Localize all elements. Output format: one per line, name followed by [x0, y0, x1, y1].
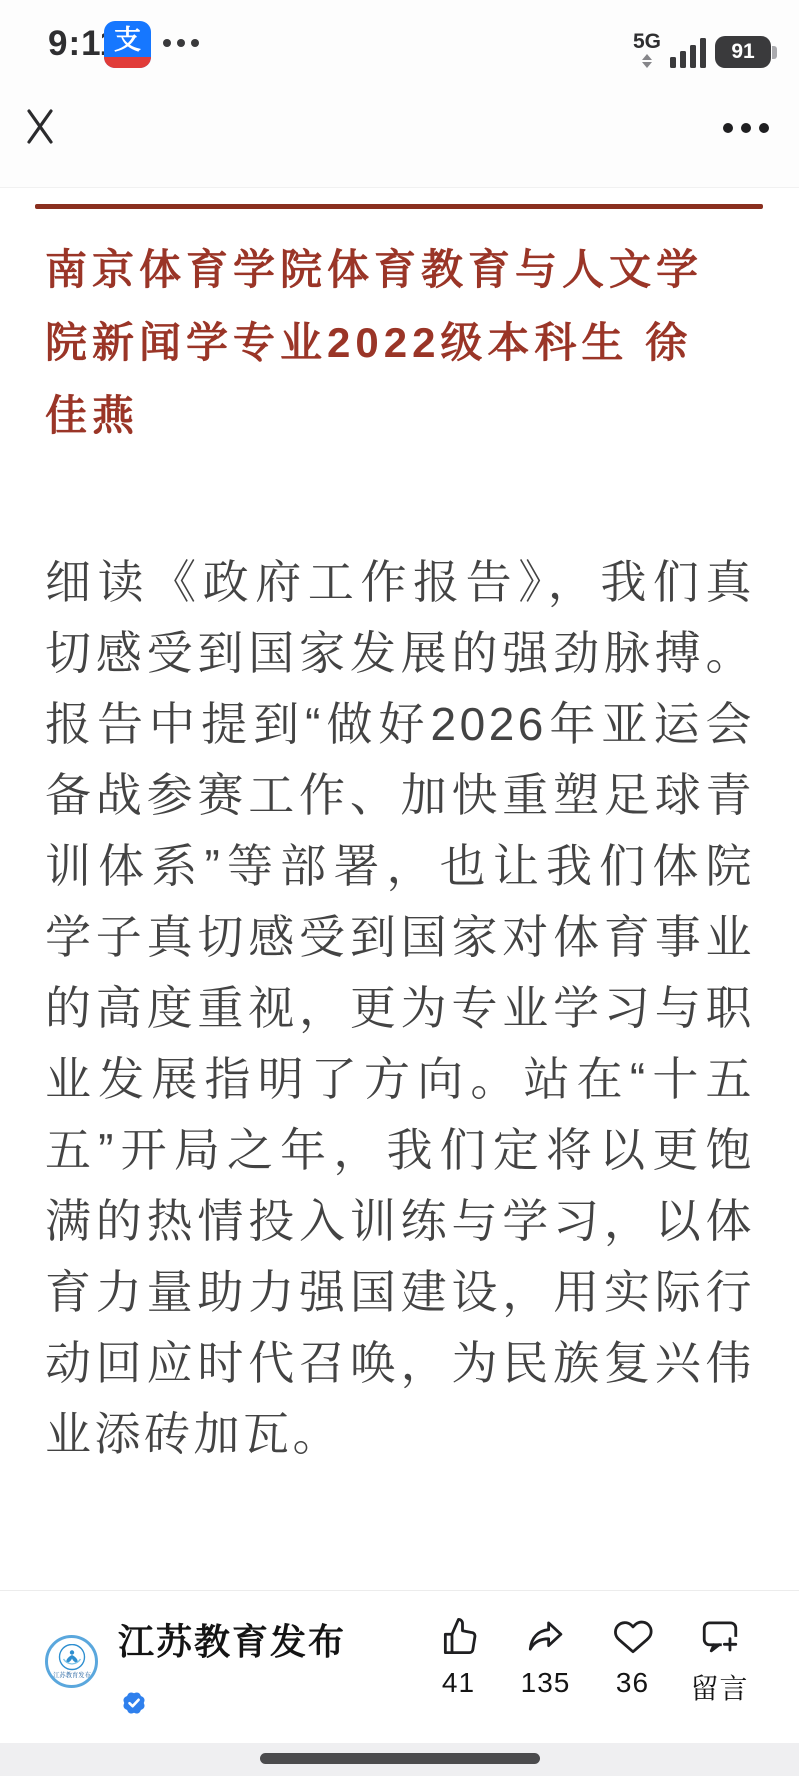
article-body: 细读《政府工作报告》，我们真切感受到国家发展的强劲脉搏。报告中提到“做好2026… — [45, 547, 755, 1470]
article-content: 南京体育学院体育教育与人文学院新闻学专业2022级本科生 徐佳燕 细读《政府工作… — [0, 188, 799, 1470]
status-right-cluster: 5G 91 — [633, 20, 771, 68]
like-count: 41 — [442, 1667, 475, 1699]
like-button[interactable]: 41 — [415, 1615, 502, 1707]
action-bar: 41 135 36 留言 — [415, 1615, 763, 1707]
thumbs-up-icon — [438, 1615, 480, 1657]
verified-badge-icon — [120, 1689, 148, 1717]
wechat-article-screen: 9:11 支 5G 91 — [0, 0, 799, 1776]
account-logo-icon — [57, 1644, 87, 1672]
battery-nub — [772, 46, 777, 59]
alipay-red-strip — [104, 57, 151, 68]
network-type-label: 5G — [633, 32, 661, 52]
alipay-glyph: 支 — [104, 21, 151, 55]
status-ellipsis-icon — [163, 39, 199, 47]
home-indicator[interactable] — [260, 1753, 540, 1764]
nav-bar — [0, 86, 799, 188]
network-indicator: 5G — [633, 20, 661, 68]
close-button[interactable] — [18, 102, 64, 148]
more-button[interactable] — [713, 118, 769, 138]
account-avatar[interactable]: 江苏教育发布 — [45, 1635, 98, 1688]
share-button[interactable]: 135 — [502, 1615, 589, 1707]
share-icon — [525, 1615, 567, 1657]
favorite-button[interactable]: 36 — [589, 1615, 676, 1707]
more-dots-icon — [723, 123, 733, 133]
comment-button[interactable]: 留言 — [676, 1615, 763, 1707]
signal-bars-icon — [670, 37, 706, 68]
article-title: 南京体育学院体育教育与人文学院新闻学专业2022级本科生 徐佳燕 — [45, 233, 711, 452]
avatar-caption: 江苏教育发布 — [53, 1672, 91, 1679]
favorite-count: 36 — [616, 1667, 649, 1699]
heart-icon — [612, 1615, 654, 1657]
share-count: 135 — [521, 1667, 571, 1699]
home-strip — [0, 1743, 799, 1776]
battery-percent-label: 91 — [731, 40, 754, 64]
close-icon — [18, 102, 64, 148]
status-bar: 9:11 支 5G 91 — [0, 0, 799, 86]
data-transfer-arrows-icon — [642, 54, 652, 68]
footer-bar: 江苏教育发布 江苏教育发布 41 13 — [0, 1590, 799, 1744]
title-divider — [35, 204, 763, 209]
comment-icon — [699, 1615, 741, 1657]
comment-label: 留言 — [690, 1667, 748, 1707]
battery-indicator: 91 — [715, 36, 771, 68]
account-name[interactable]: 江苏教育发布 — [118, 1614, 346, 1665]
alipay-icon: 支 — [104, 21, 151, 68]
